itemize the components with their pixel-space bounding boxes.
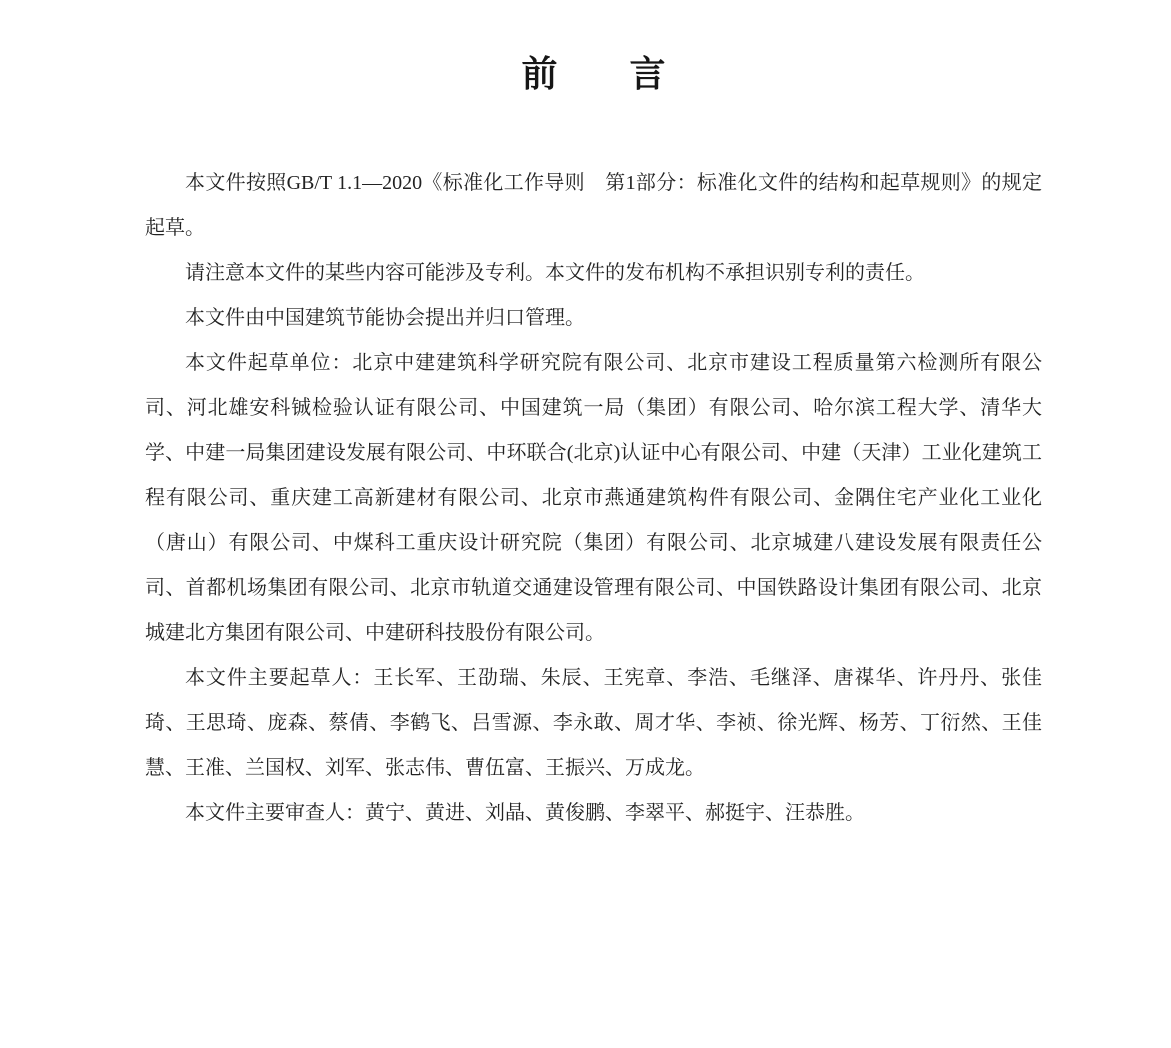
paragraph-main-drafters: 本文件主要起草人：王长军、王劭瑞、朱辰、王宪章、李浩、毛继泽、唐禖华、许丹丹、张… [145, 656, 1042, 791]
document-page: 前 言 本文件按照GB/T 1.1—2020《标准化工作导则 第1部分：标准化文… [0, 0, 1171, 1048]
page-title: 前 言 [145, 46, 1042, 97]
document-body: 本文件按照GB/T 1.1—2020《标准化工作导则 第1部分：标准化文件的结构… [145, 161, 1042, 836]
paragraph-issuing-body: 本文件由中国建筑节能协会提出并归口管理。 [145, 296, 1042, 341]
paragraph-patent-notice: 请注意本文件的某些内容可能涉及专利。本文件的发布机构不承担识别专利的责任。 [145, 251, 1042, 296]
paragraph-drafting-basis: 本文件按照GB/T 1.1—2020《标准化工作导则 第1部分：标准化文件的结构… [145, 161, 1042, 251]
paragraph-drafting-organizations: 本文件起草单位：北京中建建筑科学研究院有限公司、北京市建设工程质量第六检测所有限… [145, 341, 1042, 656]
paragraph-main-reviewers: 本文件主要审查人：黄宁、黄进、刘晶、黄俊鹏、李翠平、郝挺宇、汪恭胜。 [145, 791, 1042, 836]
